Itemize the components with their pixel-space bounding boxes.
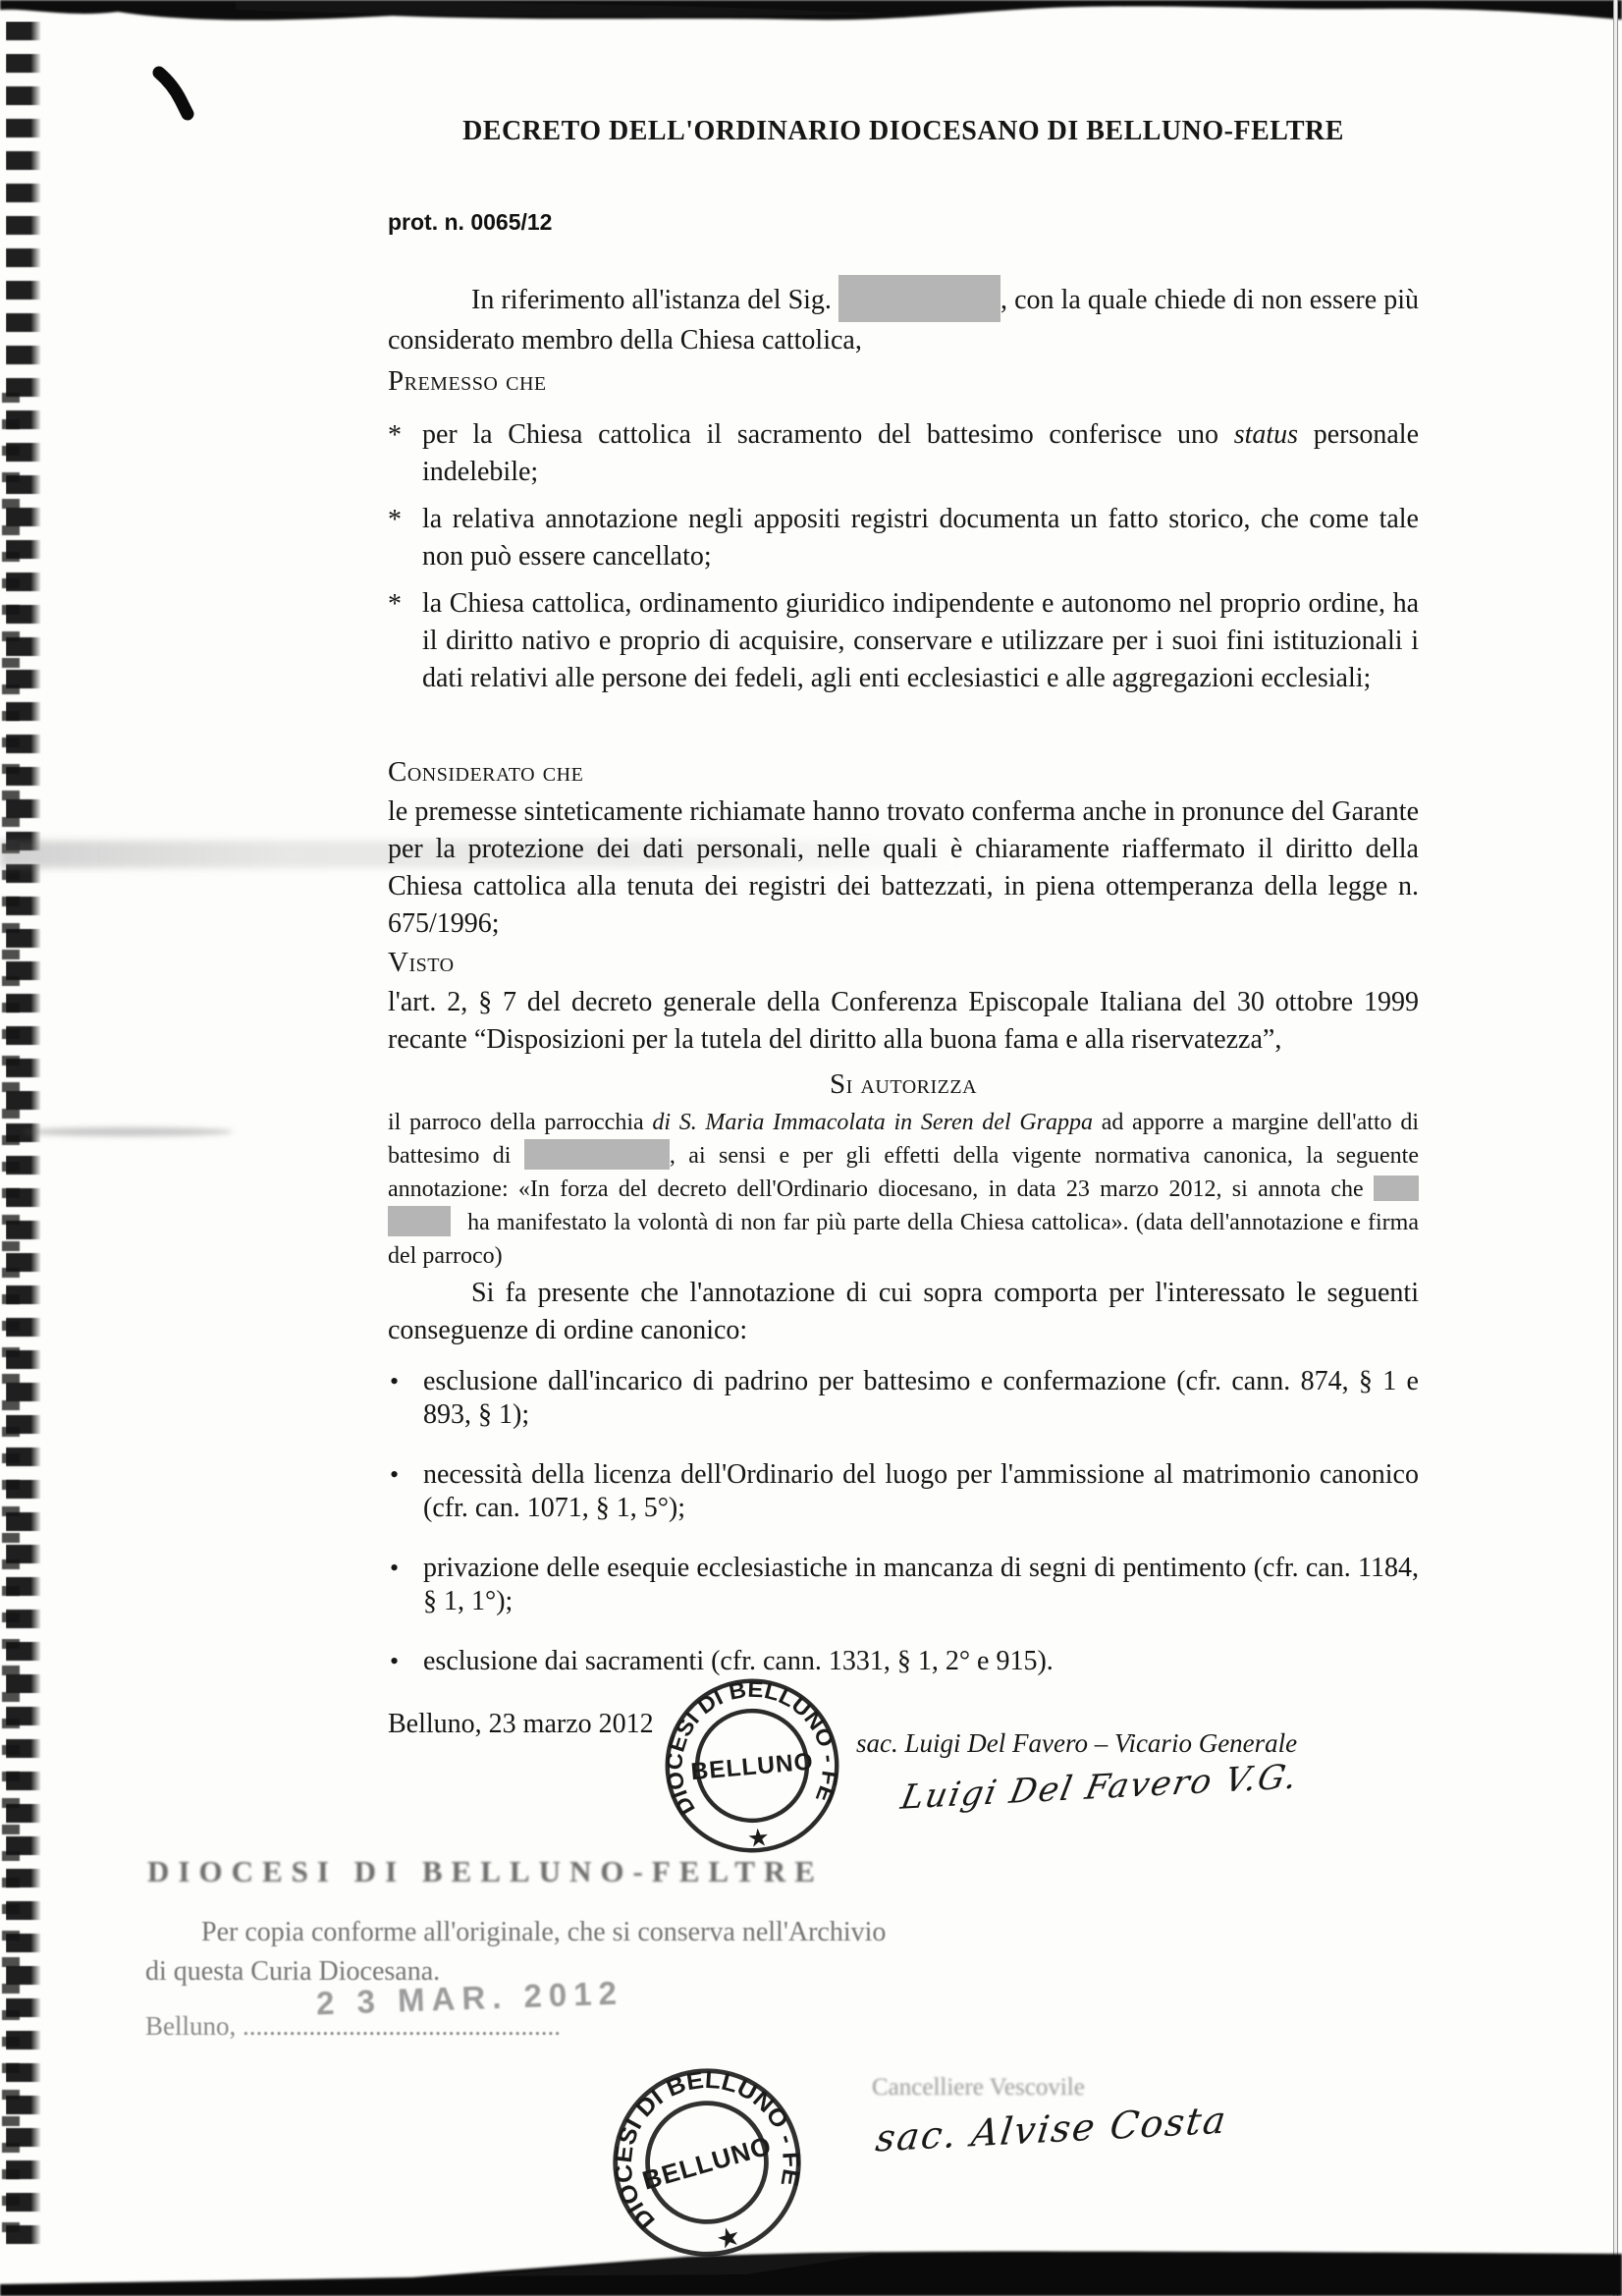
- svg-text:DIOCESI DI BELLUNO - FELTRE: DIOCESI DI BELLUNO - FELTRE: [587, 2044, 814, 2237]
- item-text: per la Chiesa cattolica il sacramento de…: [422, 419, 1234, 450]
- chancellor-title-faded: Cancelliere Vescovile: [872, 2074, 1085, 2102]
- considerato-paragraph: le premesse sinteticamente richiamate ha…: [388, 793, 1419, 943]
- list-item-text: privazione delle esequie ecclesiastiche …: [423, 1552, 1419, 1618]
- list-item-text: esclusione dall'incarico di padrino per …: [423, 1365, 1419, 1432]
- list-item-text: la Chiesa cattolica, ordinamento giuridi…: [422, 585, 1419, 697]
- heading-premesso-che: Premesso che: [388, 365, 1419, 398]
- list-item: • necessità della licenza dell'Ordinario…: [388, 1458, 1419, 1525]
- scanner-bottom-edge-artifact: [0, 2245, 1622, 2296]
- stamp-ring-text: DIOCESI DI BELLUNO - FELTRE: [654, 1669, 845, 1821]
- stamp-center-text: BELLUNO: [690, 1748, 815, 1785]
- diocese-round-stamp: DIOCESI DI BELLUNO - FELTRE BELLUNO ★: [578, 2034, 836, 2291]
- document-title: DECRETO DELL'ORDINARIO DIOCESANO DI BELL…: [388, 116, 1419, 147]
- auth-text-italic: di S. Maria Immacolata in Seren del Grap…: [652, 1110, 1093, 1135]
- dateline: Belluno, 23 marzo 2012: [388, 1709, 654, 1740]
- svg-text:DIOCESI DI BELLUNO - FELTRE: DIOCESI DI BELLUNO - FELTRE: [654, 1669, 845, 1821]
- redaction-box: [524, 1139, 670, 1170]
- list-item: * per la Chiesa cattolica il sacramento …: [388, 416, 1419, 491]
- bullet-marker: •: [388, 1458, 423, 1525]
- list-item: * la relativa annotazione negli appositi…: [388, 501, 1419, 575]
- list-item: • privazione delle esequie ecclesiastich…: [388, 1552, 1419, 1618]
- redaction-box: [1374, 1175, 1419, 1201]
- consequences-lead: Si fa presente che l'annotazione di cui …: [388, 1275, 1419, 1349]
- scanner-right-edge-line: [1612, 0, 1620, 2296]
- place-label: Belluno,: [145, 2011, 236, 2041]
- list-item: • esclusione dall'incarico di padrino pe…: [388, 1365, 1419, 1432]
- auth-text: il parroco della parrocchia: [388, 1110, 652, 1135]
- scanned-decree-page: DECRETO DELL'ORDINARIO DIOCESANO DI BELL…: [0, 0, 1622, 2296]
- faded-diocese-stamp-header: DIOCESI DI BELLUNO-FELTRE: [147, 1854, 824, 1889]
- visto-paragraph: l'art. 2, § 7 del decreto generale della…: [388, 984, 1419, 1059]
- list-item-text: esclusione dai sacramenti (cfr. cann. 13…: [423, 1645, 1419, 1678]
- scanner-left-edge-dashes-fine: [2, 393, 20, 2249]
- list-item: * la Chiesa cattolica, ordinamento giuri…: [388, 585, 1419, 697]
- bullet-marker: •: [388, 1645, 423, 1678]
- handwritten-signature-vicario: Luigi Del Favero V.G.: [897, 1757, 1302, 1818]
- handwritten-signature-chancellor: sac. Alvise Costa: [874, 2098, 1230, 2159]
- premesso-list: * per la Chiesa cattolica il sacramento …: [388, 416, 1419, 707]
- bullet-marker: •: [388, 1365, 423, 1432]
- list-item-text: per la Chiesa cattolica il sacramento de…: [422, 416, 1419, 491]
- scan-smudge-small: [22, 1127, 233, 1136]
- consequences-list: • esclusione dall'incarico di padrino pe…: [388, 1365, 1419, 1705]
- redaction-box: [838, 275, 1000, 322]
- certification-line1: Per copia conforme all'originale, che si…: [201, 1917, 886, 1948]
- diocese-round-stamp: DIOCESI DI BELLUNO - FELTRE BELLUNO ★: [648, 1662, 856, 1870]
- intro-paragraph: In riferimento all'istanza del Sig. , co…: [388, 275, 1419, 359]
- signer-name-title: sac. Luigi Del Favero – Vicario Generale: [856, 1728, 1297, 1759]
- heading-considerato-che: Considerato che: [388, 756, 1419, 789]
- stamp-center-text: BELLUNO: [639, 2130, 775, 2195]
- asterisk-marker: *: [388, 416, 422, 491]
- protocol-number: prot. n. 0065/12: [388, 209, 1419, 236]
- heading-si-autorizza: Si autorizza: [388, 1068, 1419, 1101]
- star-icon: ★: [746, 1823, 771, 1853]
- asterisk-marker: *: [388, 585, 422, 697]
- star-icon: ★: [713, 2219, 744, 2256]
- stamp-ring-text: DIOCESI DI BELLUNO - FELTRE: [587, 2044, 814, 2237]
- pen-mark: [137, 59, 226, 147]
- asterisk-marker: *: [388, 501, 422, 575]
- list-item-text: necessità della licenza dell'Ordinario d…: [423, 1458, 1419, 1525]
- intro-text-before: In riferimento all'istanza del Sig.: [471, 285, 838, 315]
- redaction-box: [388, 1206, 451, 1236]
- scanner-top-edge-artifact: [0, 0, 1622, 33]
- list-item-text: la relativa annotazione negli appositi r…: [422, 501, 1419, 575]
- item-text-italic: status: [1234, 419, 1298, 450]
- bullet-marker: •: [388, 1552, 423, 1618]
- authorization-paragraph: il parroco della parrocchia di S. Maria …: [388, 1106, 1419, 1273]
- heading-visto: Visto: [388, 947, 1419, 979]
- auth-text: ha manifestato la volontà di non far più…: [388, 1210, 1419, 1269]
- list-item: • esclusione dai sacramenti (cfr. cann. …: [388, 1645, 1419, 1678]
